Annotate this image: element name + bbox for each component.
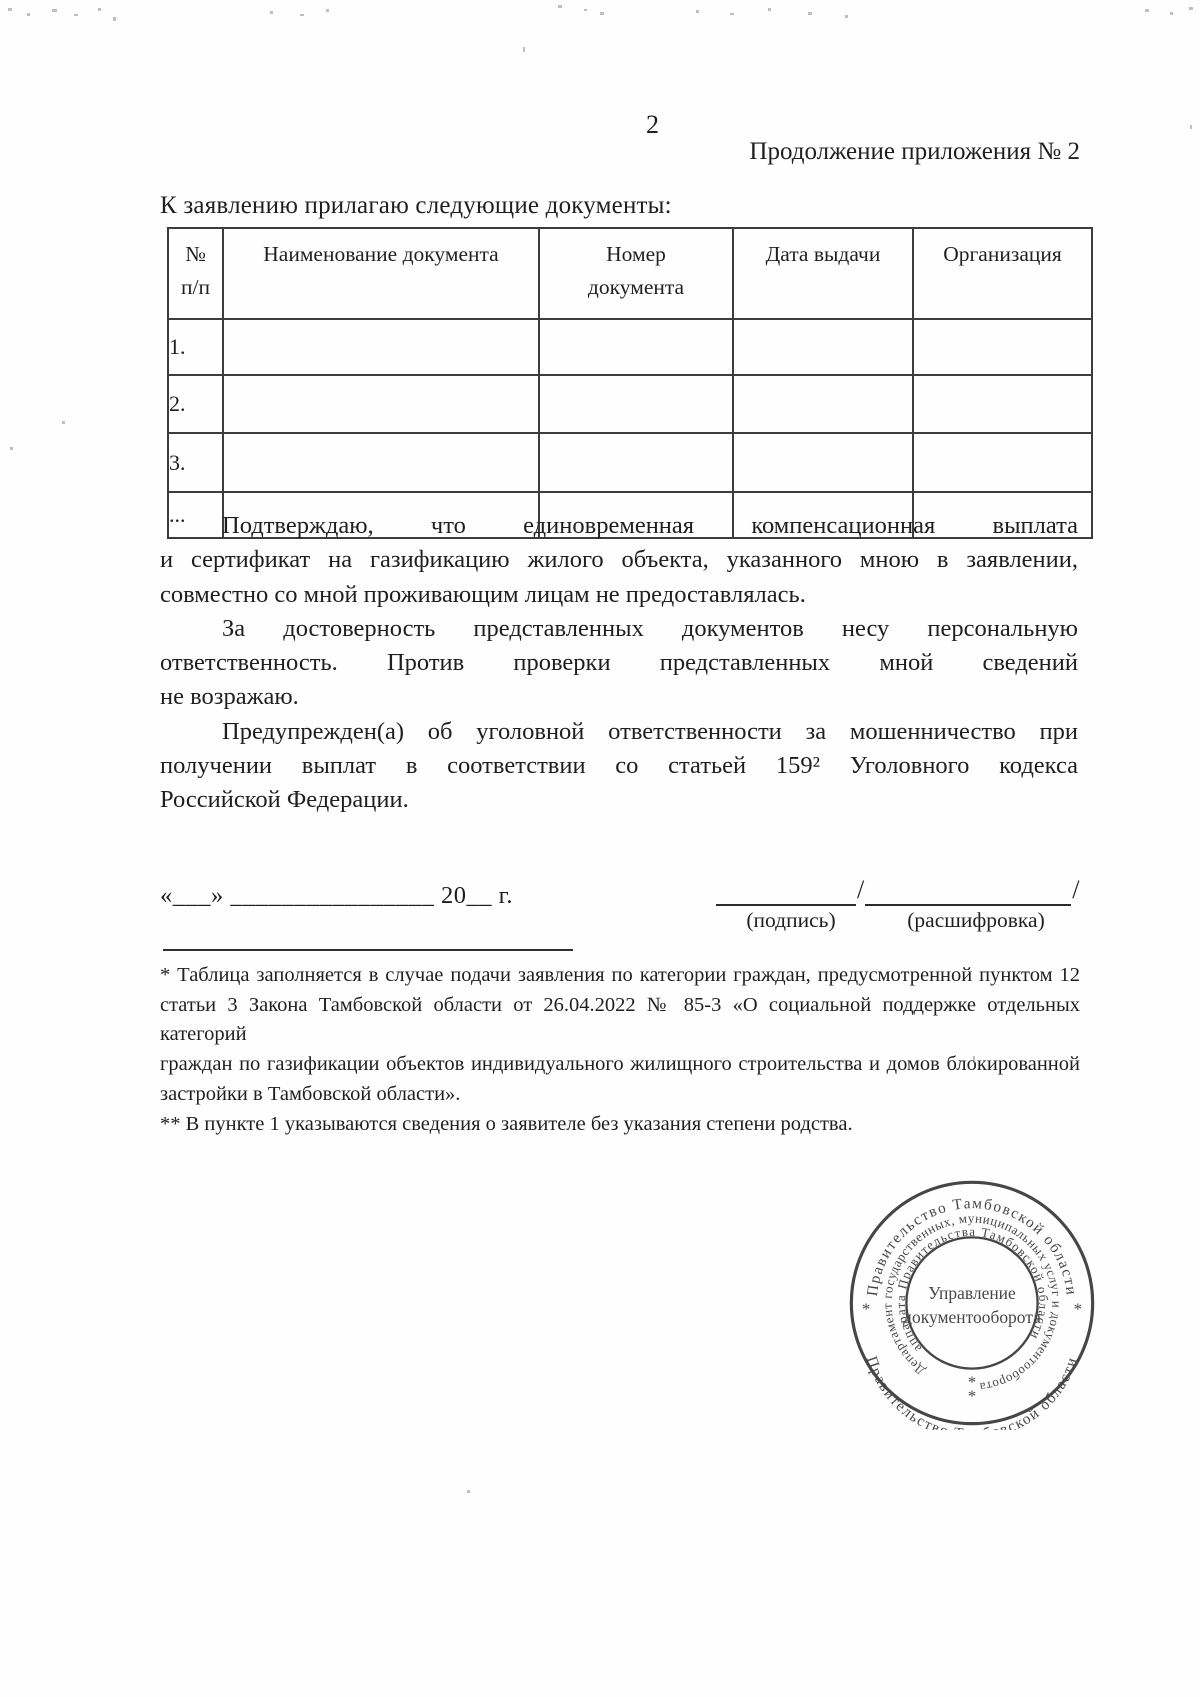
- date-fill-line: «___» ________________ 20__ г.: [160, 882, 513, 910]
- paragraph-line: совместно со мной проживающим лицам не п…: [160, 578, 1078, 612]
- cell-empty: [913, 319, 1092, 375]
- cell-empty: [733, 433, 913, 492]
- cell-empty: [223, 433, 539, 492]
- paragraph-line: За достоверность представленных документ…: [160, 612, 1078, 646]
- footnote-line: застройки в Тамбовской области».: [160, 1080, 1080, 1110]
- paragraph-line: получении выплат в соответствии со стать…: [160, 749, 1078, 783]
- col-header-issue-date: Дата выдачи: [733, 228, 913, 319]
- scan-noise: [52, 9, 57, 12]
- scan-noise: [973, 1056, 975, 1063]
- cell-empty: [223, 319, 539, 375]
- footnote-line: граждан по газификации объектов индивиду…: [160, 1050, 1080, 1080]
- stamp-star: *: [968, 1386, 976, 1405]
- scan-noise: [27, 13, 30, 16]
- scan-noise: [98, 8, 101, 11]
- scan-noise: [113, 17, 116, 21]
- scan-noise: [730, 13, 734, 15]
- scan-noise: [10, 447, 13, 450]
- paragraph-line: Российской Федерации.: [160, 783, 1078, 817]
- scan-noise: [300, 14, 304, 16]
- scan-noise: [1170, 12, 1173, 15]
- row-number: 2.: [168, 375, 223, 433]
- signature-block: // (подпись) (расшифровка): [716, 876, 1092, 933]
- continuation-title: Продолжение приложения № 2: [560, 138, 1080, 166]
- scan-noise: [523, 47, 525, 52]
- cell-empty: [733, 319, 913, 375]
- scan-noise: [270, 11, 273, 14]
- scan-noise: [768, 8, 771, 11]
- cell-empty: [733, 375, 913, 433]
- cell-empty: [539, 319, 733, 375]
- page-number: 2: [646, 110, 659, 140]
- attached-documents-table: № п/п Наименование документа Номер докум…: [167, 227, 1093, 539]
- signature-caption: (подпись): [716, 908, 866, 933]
- scan-noise: [326, 9, 329, 12]
- signature-labels: (подпись) (расшифровка): [716, 908, 1092, 933]
- decode-caption: (расшифровка): [866, 908, 1086, 933]
- slash-separator: /: [1071, 880, 1080, 900]
- cell-empty: [223, 375, 539, 433]
- scan-noise: [467, 1490, 470, 1493]
- row-number: 3.: [168, 433, 223, 492]
- signature-lines: //: [716, 876, 1092, 906]
- table-row: 3.: [168, 433, 1092, 492]
- stamp-center-line1: Управление: [928, 1283, 1016, 1303]
- scan-noise: [1189, 7, 1193, 10]
- cell-empty: [539, 433, 733, 492]
- footnote-line: ** В пункте 1 указываются сведения о зая…: [160, 1110, 1080, 1140]
- scanned-document-page: 2 Продолжение приложения № 2 К заявлению…: [0, 0, 1200, 1697]
- scan-noise: [558, 5, 562, 8]
- statements-block: Подтверждаю, что единовременная компенса…: [160, 509, 1078, 818]
- table-row: 2.: [168, 375, 1092, 433]
- scan-noise: [1145, 9, 1149, 12]
- footnotes-block: * Таблица заполняется в случае подачи за…: [160, 961, 1080, 1139]
- round-stamp: Правительство Тамбовской области Правите…: [845, 1176, 1099, 1430]
- scan-noise: [1190, 125, 1192, 129]
- slash-separator: /: [856, 880, 865, 900]
- table-header-row: № п/п Наименование документа Номер докум…: [168, 228, 1092, 319]
- signature-blank-line: [716, 878, 856, 906]
- paragraph-line: не возражаю.: [160, 680, 1078, 714]
- scan-noise: [74, 14, 78, 16]
- scan-noise: [8, 8, 12, 11]
- name-blank-line: [865, 878, 1071, 906]
- cell-empty: [913, 375, 1092, 433]
- col-header-doc-name: Наименование документа: [223, 228, 539, 319]
- stamp-star: *: [1074, 1300, 1082, 1319]
- cell-empty: [539, 375, 733, 433]
- footnote-separator: [163, 949, 573, 951]
- footnote-line: * Таблица заполняется в случае подачи за…: [160, 961, 1080, 991]
- col-header-doc-number: Номер документа: [539, 228, 733, 319]
- paragraph-line: ответственность. Против проверки предста…: [160, 646, 1078, 680]
- scan-noise: [845, 15, 848, 18]
- scan-noise: [584, 9, 587, 11]
- paragraph-line: и сертификат на газификацию жилого объек…: [160, 543, 1078, 577]
- scan-noise: [600, 12, 604, 15]
- footnote-line: статьи 3 Закона Тамбовской области от 26…: [160, 991, 1080, 1050]
- paragraph-line: Подтверждаю, что единовременная компенса…: [160, 509, 1078, 543]
- row-number: 1.: [168, 319, 223, 375]
- col-header-organization: Организация: [913, 228, 1092, 319]
- cell-empty: [913, 433, 1092, 492]
- stamp-star: *: [862, 1300, 870, 1319]
- scan-noise: [808, 12, 812, 15]
- paragraph-line: Предупрежден(а) об уголовной ответственн…: [160, 715, 1078, 749]
- table-row: 1.: [168, 319, 1092, 375]
- stamp-center-line2: документооборота: [903, 1307, 1041, 1327]
- col-header-num: № п/п: [168, 228, 223, 319]
- scan-noise: [696, 10, 699, 13]
- scan-noise: [62, 421, 65, 424]
- attachments-heading: К заявлению прилагаю следующие документы…: [160, 192, 672, 220]
